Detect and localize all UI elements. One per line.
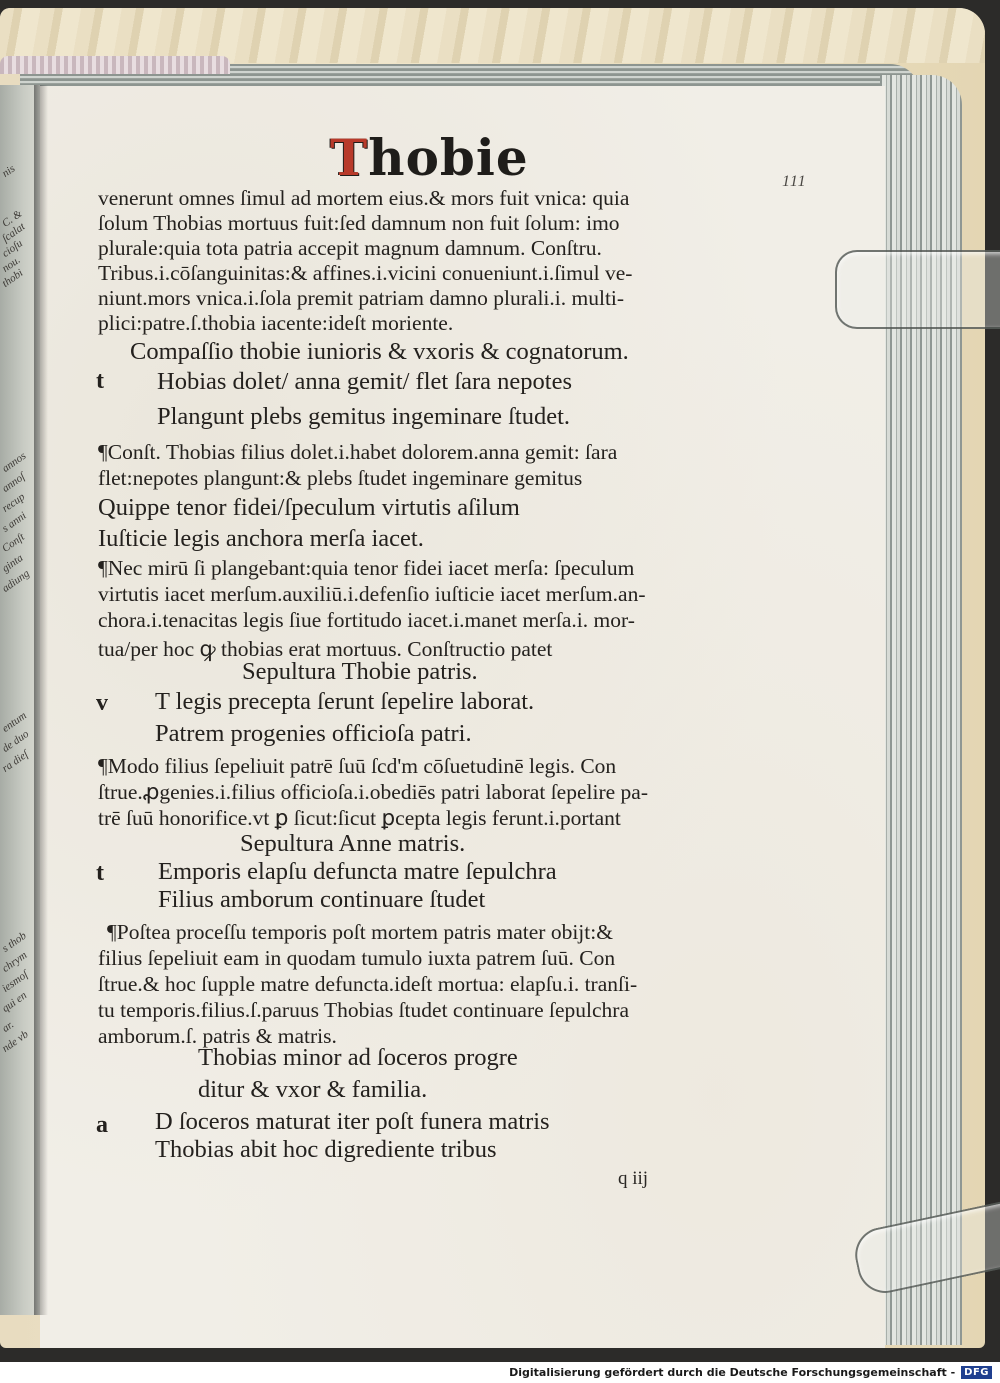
commentary-line: tu temporis.filius.ſ.paruus Thobias ſtud… bbox=[98, 998, 629, 1023]
verse-line: Iuſticie legis anchora merſa iacet. bbox=[98, 525, 424, 553]
commentary-line: ſtrue.ꝓgenies.i.filius officioſa.i.obedi… bbox=[98, 780, 648, 805]
verse-marker: v bbox=[96, 690, 108, 717]
verse-line: Patrem progenies officioſa patri. bbox=[155, 720, 472, 748]
commentary-line: plurale:quia tota patria accepit magnum … bbox=[98, 236, 602, 261]
verse-line: Emporis elapſu defuncta matre ſepulchra bbox=[158, 858, 557, 886]
commentary-line: ¶Nec mirū ſi plangebant:quia tenor fidei… bbox=[98, 556, 634, 581]
verse-marker: t bbox=[96, 860, 104, 887]
folio-mark: 111 bbox=[782, 173, 807, 191]
binding-top-edge bbox=[0, 8, 985, 63]
commentary-line: filius ſepeliuit eam in quodam tumulo iu… bbox=[98, 946, 615, 971]
verse-line: Plangunt plebs gemitus ingeminare ſtudet… bbox=[157, 403, 570, 431]
funding-credit: Digitalisierung gefördert durch die Deut… bbox=[509, 1366, 955, 1379]
left-page-text-fragments: nis C. & ſcalat cioſu nou. thobi annos a… bbox=[0, 85, 38, 1315]
credit-bar: Digitalisierung gefördert durch die Deut… bbox=[0, 1362, 1000, 1383]
commentary-line: ¶Modo filius ſepeliuit patrē ſuū ſcd'm c… bbox=[98, 754, 616, 779]
verse-line: Filius amborum continuare ſtudet bbox=[158, 886, 485, 914]
commentary-line: flet:nepotes plangunt:& plebs ſtudet ing… bbox=[98, 466, 582, 491]
commentary-line: venerunt omnes ſimul ad mortem eius.& mo… bbox=[98, 186, 629, 211]
section-heading: Sepultura Thobie patris. bbox=[242, 658, 478, 686]
rubricated-initial: T bbox=[330, 128, 368, 187]
verse-line: D ſoceros maturat iter poſt funera matri… bbox=[155, 1108, 550, 1136]
section-heading: Compaſſio thobie iunioris & vxoris & cog… bbox=[130, 338, 629, 366]
commentary-line: virtutis iacet merſum.auxiliū.i.defenſio… bbox=[98, 582, 645, 607]
commentary-line: ſtrue.& hoc ſupple matre defuncta.ideſt … bbox=[98, 972, 637, 997]
section-heading: Thobias minor ad ſoceros progre bbox=[198, 1044, 518, 1072]
commentary-line: ſolum Thobias mortuus fuit:ſed damnum no… bbox=[98, 211, 620, 236]
section-heading: ditur & vxor & familia. bbox=[198, 1076, 427, 1104]
commentary-line: trē ſuū honorifice.vt ꝑ ſicut:ſicut ꝑcep… bbox=[98, 806, 621, 831]
verse-line: T legis precepta ſerunt ſepelire laborat… bbox=[155, 688, 534, 716]
section-heading: Sepultura Anne matris. bbox=[240, 830, 465, 858]
commentary-line: ¶Poſtea proceſſu temporis poſt mortem pa… bbox=[107, 920, 613, 945]
commentary-line: niunt.mors vnica.i.ſola premit patriam d… bbox=[98, 286, 624, 311]
verse-marker: t bbox=[96, 368, 104, 395]
signature-mark: q iij bbox=[618, 1168, 648, 1190]
verse-line: Hobias dolet/ anna gemit/ flet ſara nepo… bbox=[157, 368, 572, 396]
scan-image: nis C. & ſcalat cioſu nou. thobi annos a… bbox=[0, 0, 1000, 1362]
gutter-shadow bbox=[34, 85, 48, 1315]
glass-page-weight-top bbox=[835, 250, 1000, 329]
commentary-line: chora.i.tenacitas legis ſiue fortitudo i… bbox=[98, 608, 635, 633]
commentary-line: Tribus.i.cōſanguinitas:& affines.i.vicin… bbox=[98, 261, 632, 286]
verse-marker: a bbox=[96, 1112, 108, 1139]
verse-line: Quippe tenor fidei/ſpeculum virtutis aſi… bbox=[98, 494, 520, 522]
headband bbox=[0, 56, 230, 74]
running-title-rest: hobie bbox=[368, 128, 528, 187]
commentary-line: plici:patre.ſ.thobia iacente:ideſt morie… bbox=[98, 311, 453, 336]
running-title: Thobie bbox=[330, 128, 529, 187]
commentary-line: ¶Conſt. Thobias filius dolet.i.habet dol… bbox=[98, 440, 617, 465]
verse-line: Thobias abit hoc digrediente tribus bbox=[155, 1136, 497, 1164]
dfg-logo: DFG bbox=[961, 1366, 992, 1379]
